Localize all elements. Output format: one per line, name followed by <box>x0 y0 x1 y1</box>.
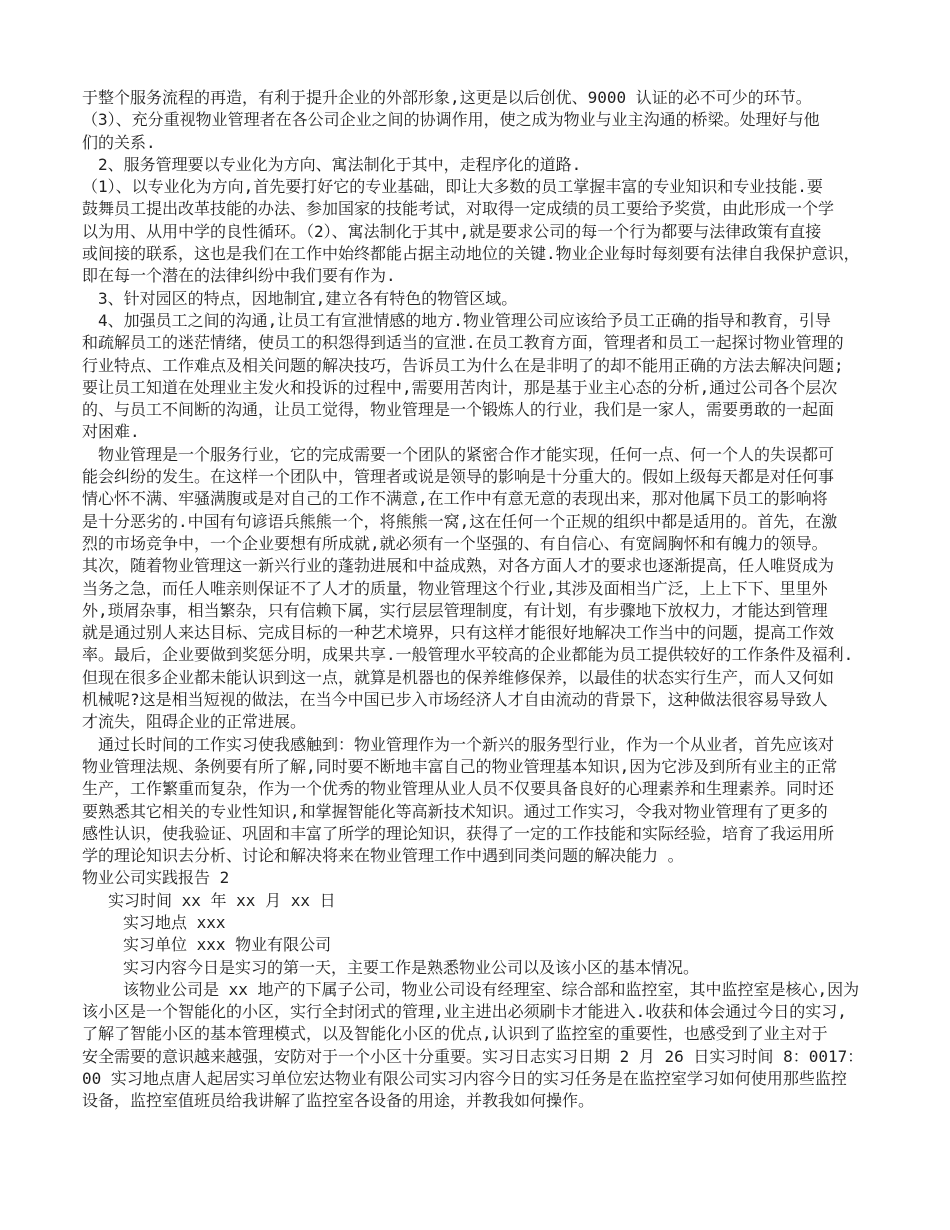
text-line: 们的关系. <box>82 132 874 154</box>
text-line: 是十分恶劣的.中国有句谚语兵熊熊一个，将熊熊一窝,这在任何一个正规的组织中都是适… <box>82 511 874 533</box>
text-line: 实习时间 xx 年 xx 月 xx 日 <box>82 890 874 912</box>
text-line: 其次，随着物业管理这一新兴行业的蓬勃进展和中益成熟，对各方面人才的要求也逐渐提高… <box>82 555 874 577</box>
text-line: 要让员工知道在处理业主发火和投诉的过程中,需要用苦肉计，那是基于业主心态的分析,… <box>82 377 874 399</box>
text-line: 行业特点、工作难点及相关问题的解决技巧，告诉员工为什么在是非明了的却不能用正确的… <box>82 355 874 377</box>
text-line: 当务之急，而任人唯亲则保证不了人才的质量，物业管理这个行业,其涉及面相当广泛，上… <box>82 578 874 600</box>
text-line: 烈的市场竞争中，一个企业要想有所成就,就必须有一个坚强的、有自信心、有宽阔胸怀和… <box>82 533 874 555</box>
text-line: 设备，监控室值班员给我讲解了监控室各设备的用途，并教我如何操作。 <box>82 1090 874 1112</box>
text-line: 2、服务管理要以专业化为方向、寓法制化于其中，走程序化的道路. <box>82 154 874 176</box>
text-line: 或间接的联系，这也是我们在工作中始终都能占据主动地位的关键.物业企业每时每刻要有… <box>82 243 874 265</box>
text-line: 3、针对园区的特点，因地制宜,建立各有特色的物管区域。 <box>82 288 874 310</box>
text-line: 通过长时间的工作实习使我感触到：物业管理作为一个新兴的服务型行业，作为一个从业者… <box>82 734 874 756</box>
text-line: 要熟悉其它相关的专业性知识,和掌握智能化等高新技术知识。通过工作实习，令我对物业… <box>82 801 874 823</box>
text-line: 物业管理法规、条例要有所了解,同时要不断地丰富自己的物业管理基本知识,因为它涉及… <box>82 756 874 778</box>
document-body: 于整个服务流程的再造，有利于提升企业的外部形象,这更是以后创优、9000 认证的… <box>82 87 874 1113</box>
text-line: 实习地点 xxx <box>82 912 874 934</box>
text-line: 该小区是一个智能化的小区，实行全封闭式的管理,业主进出必须刷卡才能进入.收获和体… <box>82 1001 874 1023</box>
text-line: 4、加强员工之间的沟通,让员工有宣泄情感的地方.物业管理公司应该给予员工正确的指… <box>82 310 874 332</box>
text-line: 外,琐屑杂事，相当繁杂，只有信赖下属，实行层层管理制度，有计划，有步骤地下放权力… <box>82 600 874 622</box>
text-line: 的、与员工不间断的沟通，让员工觉得，物业管理是一个锻炼人的行业，我们是一家人，需… <box>82 399 874 421</box>
text-line: 率。最后，企业要做到奖惩分明，成果共享.一般管理水平较高的企业都能为员工提供较好… <box>82 644 874 666</box>
text-line: 生产，工作繁重而复杂，作为一个优秀的物业管理从业人员不仅要具备良好的心理素养和生… <box>82 778 874 800</box>
text-line: 学的理论知识去分析、讨论和解决将来在物业管理工作中遇到同类问题的解决能力 。 <box>82 845 874 867</box>
text-line: 对困难. <box>82 421 874 443</box>
text-line: 即在每一个潜在的法律纠纷中我们要有作为. <box>82 265 874 287</box>
text-line: 物业管理是一个服务行业，它的完成需要一个团队的紧密合作才能实现，任何一点、何一个… <box>82 444 874 466</box>
text-line: 和疏解员工的迷茫情绪，使员工的积怨得到适当的宣泄.在员工教育方面，管理者和员工一… <box>82 332 874 354</box>
text-line: 但现在很多企业都未能认识到这一点，就算是机器也的保养维修保养，以最佳的状态实行生… <box>82 667 874 689</box>
text-line: 安全需要的意识越来越强，安防对于一个小区十分重要。实习日志实习日期 2 月 26… <box>82 1046 874 1068</box>
text-line: 实习内容今日是实习的第一天，主要工作是熟悉物业公司以及该小区的基本情况。 <box>82 957 874 979</box>
text-line: 鼓舞员工提出改革技能的办法、参加国家的技能考试，对取得一定成绩的员工要给予奖赏，… <box>82 198 874 220</box>
text-line: 机械呢?这是相当短视的做法，在当今中国已步入市场经济人才自由流动的背景下，这种做… <box>82 689 874 711</box>
text-line: 才流失，阻碍企业的正常进展。 <box>82 711 874 733</box>
text-line: 物业公司实践报告 2 <box>82 867 874 889</box>
text-line: 该物业公司是 xx 地产的下属子公司，物业公司设有经理室、综合部和监控室，其中监… <box>82 979 874 1001</box>
text-line: 情心怀不满、牢骚满腹或是对自己的工作不满意,在工作中有意无意的表现出来，那对他属… <box>82 488 874 510</box>
document-page: 于整个服务流程的再造，有利于提升企业的外部形象,这更是以后创优、9000 认证的… <box>0 0 950 1230</box>
text-line: （3）、充分重视物业管理者在各公司企业之间的协调作用，使之成为物业与业主沟通的桥… <box>82 109 874 131</box>
text-line: 实习单位 xxx 物业有限公司 <box>82 934 874 956</box>
text-line: 了解了智能小区的基本管理模式，以及智能化小区的优点,认识到了监控室的重要性，也感… <box>82 1023 874 1045</box>
text-line: （1）、以专业化为方向,首先要打好它的专业基础，即让大多数的员工掌握丰富的专业知… <box>82 176 874 198</box>
text-line: 感性认识，使我验证、巩固和丰富了所学的理论知识，获得了一定的工作技能和实际经验，… <box>82 823 874 845</box>
text-line: 就是通过别人来达目标、完成目标的一种艺术境界，只有这样才能很好地解决工作当中的问… <box>82 622 874 644</box>
text-line: 00 实习地点唐人起居实习单位宏达物业有限公司实习内容今日的实习任务是在监控室学… <box>82 1068 874 1090</box>
text-line: 于整个服务流程的再造，有利于提升企业的外部形象,这更是以后创优、9000 认证的… <box>82 87 874 109</box>
text-line: 能会纠纷的发生。在这样一个团队中，管理者或说是领导的影响是十分重大的。假如上级每… <box>82 466 874 488</box>
text-line: 以为用、从用中学的良性循环。（2）、寓法制化于其中,就是要求公司的每一个行为都要… <box>82 221 874 243</box>
